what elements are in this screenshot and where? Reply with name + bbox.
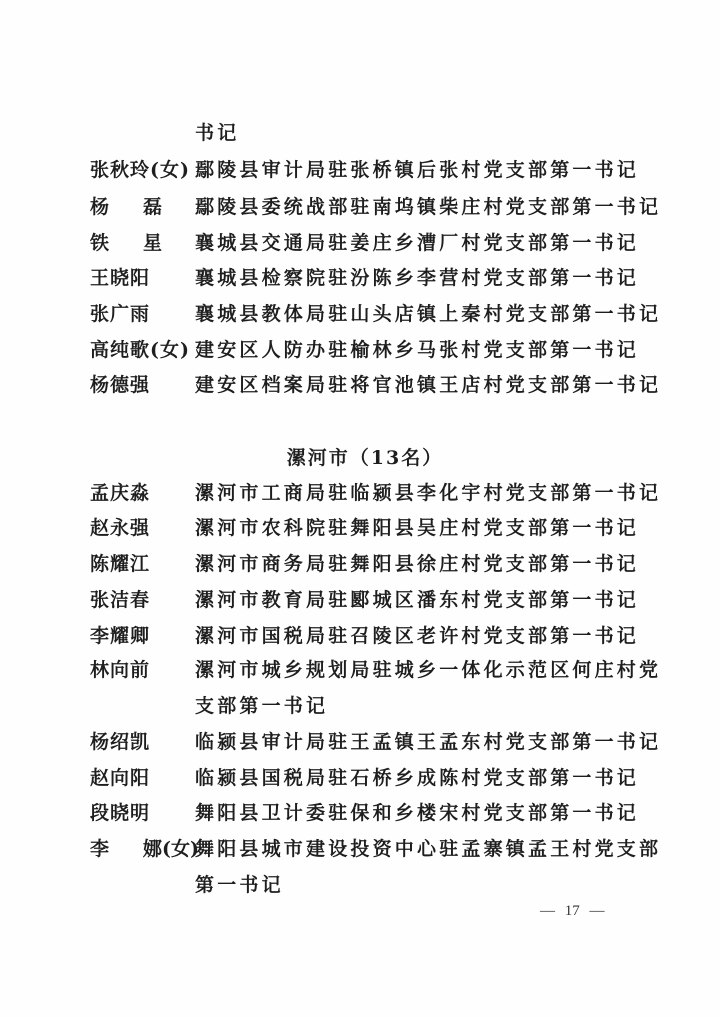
list-item: 李娜(女) 舞阳县城市建设投资中心驻孟寨镇孟王村党支部	[90, 831, 650, 867]
page-number: — 17 —	[540, 903, 605, 920]
entry-name: 王晓阳	[90, 260, 150, 296]
entry-name: 赵向阳	[90, 760, 150, 796]
gender-note: (女)	[150, 159, 190, 181]
entry-name: 杨磊	[90, 189, 162, 225]
entry-description: 鄢陵县委统战部驻南坞镇柴庄村党支部第一书记	[195, 189, 661, 225]
entry-description: 建安区人防办驻榆林乡马张村党支部第一书记	[195, 332, 639, 368]
entry-name: 李娜(女)	[90, 831, 199, 867]
entry-description: 建安区档案局驻将官池镇王店村党支部第一书记	[195, 367, 661, 403]
list-item: 杨德强 建安区档案局驻将官池镇王店村党支部第一书记	[90, 367, 650, 403]
entry-description: 鄢陵县审计局驻张桥镇后张村党支部第一书记	[195, 152, 639, 188]
entry-description: 襄城县教体局驻山头店镇上秦村党支部第一书记	[195, 296, 661, 332]
entry-description: 漯河市农科院驻舞阳县吴庄村党支部第一书记	[195, 510, 639, 546]
entry-name: 张广雨	[90, 296, 150, 332]
entry-description-continuation: 第一书记	[195, 867, 284, 903]
entry-description: 舞阳县城市建设投资中心驻孟寨镇孟王村党支部	[195, 831, 661, 867]
entry-name: 高纯歌(女)	[90, 332, 190, 368]
entry-name: 杨德强	[90, 367, 150, 403]
list-item: 林向前 漯河市城乡规划局驻城乡一体化示范区何庄村党	[90, 652, 650, 688]
entry-name: 段晓明	[90, 795, 150, 831]
list-item: 赵永强 漯河市农科院驻舞阳县吴庄村党支部第一书记	[90, 510, 650, 546]
list-item: 铁星 襄城县交通局驻姜庄乡漕厂村党支部第一书记	[90, 225, 650, 261]
entry-name: 陈耀江	[90, 546, 150, 582]
list-item: 陈耀江 漯河市商务局驻舞阳县徐庄村党支部第一书记	[90, 546, 650, 582]
list-item: 王晓阳 襄城县检察院驻汾陈乡李营村党支部第一书记	[90, 260, 650, 296]
gender-note: (女)	[150, 339, 190, 361]
list-item: 孟庆淼 漯河市工商局驻临颍县李化宇村党支部第一书记	[90, 475, 650, 511]
entry-description: 临颍县国税局驻石桥乡成陈村党支部第一书记	[195, 760, 639, 796]
list-item-continuation: 第一书记	[90, 867, 650, 903]
entry-name: 李耀卿	[90, 618, 150, 654]
entry-description: 漯河市工商局驻临颍县李化宇村党支部第一书记	[195, 475, 661, 511]
entry-description: 漯河市国税局驻召陵区老许村党支部第一书记	[195, 618, 639, 654]
document-page: 书记 张秋玲(女) 鄢陵县审计局驻张桥镇后张村党支部第一书记 杨磊 鄢陵县委统战…	[0, 0, 720, 1018]
entry-description: 襄城县检察院驻汾陈乡李营村党支部第一书记	[195, 260, 639, 296]
entry-name: 杨绍凯	[90, 724, 150, 760]
list-item: 高纯歌(女) 建安区人防办驻榆林乡马张村党支部第一书记	[90, 332, 650, 368]
entry-name: 张洁春	[90, 582, 150, 618]
entry-description: 舞阳县卫计委驻保和乡楼宋村党支部第一书记	[195, 795, 639, 831]
list-item: 杨磊 鄢陵县委统战部驻南坞镇柴庄村党支部第一书记	[90, 189, 650, 225]
entry-description: 漯河市教育局驻郾城区潘东村党支部第一书记	[195, 582, 639, 618]
list-item: 李耀卿 漯河市国税局驻召陵区老许村党支部第一书记	[90, 618, 650, 654]
list-item: 张秋玲(女) 鄢陵县审计局驻张桥镇后张村党支部第一书记	[90, 152, 650, 188]
entry-name: 孟庆淼	[90, 475, 150, 511]
entry-name: 张秋玲(女)	[90, 152, 190, 188]
list-item-continuation: 支部第一书记	[90, 688, 650, 724]
entry-description: 襄城县交通局驻姜庄乡漕厂村党支部第一书记	[195, 225, 639, 261]
list-item: 赵向阳 临颍县国税局驻石桥乡成陈村党支部第一书记	[90, 760, 650, 796]
gender-note: (女)	[162, 838, 199, 860]
list-item: 张洁春 漯河市教育局驻郾城区潘东村党支部第一书记	[90, 582, 650, 618]
entry-description: 漯河市商务局驻舞阳县徐庄村党支部第一书记	[195, 546, 639, 582]
entry-name: 赵永强	[90, 510, 150, 546]
entry-description: 书记	[195, 115, 239, 151]
list-item: 段晓明 舞阳县卫计委驻保和乡楼宋村党支部第一书记	[90, 795, 650, 831]
entry-name: 铁星	[90, 225, 162, 261]
entry-description: 临颍县审计局驻王孟镇王孟东村党支部第一书记	[195, 724, 661, 760]
entry-description-continuation: 支部第一书记	[195, 688, 328, 724]
list-item: 张广雨 襄城县教体局驻山头店镇上秦村党支部第一书记	[90, 296, 650, 332]
list-item: 杨绍凯 临颍县审计局驻王孟镇王孟东村党支部第一书记	[90, 724, 650, 760]
entry-name: 林向前	[90, 652, 150, 688]
continuation-line: 书记	[90, 115, 650, 151]
entry-description: 漯河市城乡规划局驻城乡一体化示范区何庄村党	[195, 652, 661, 688]
section-heading: 漯河市（13名）	[0, 440, 720, 476]
